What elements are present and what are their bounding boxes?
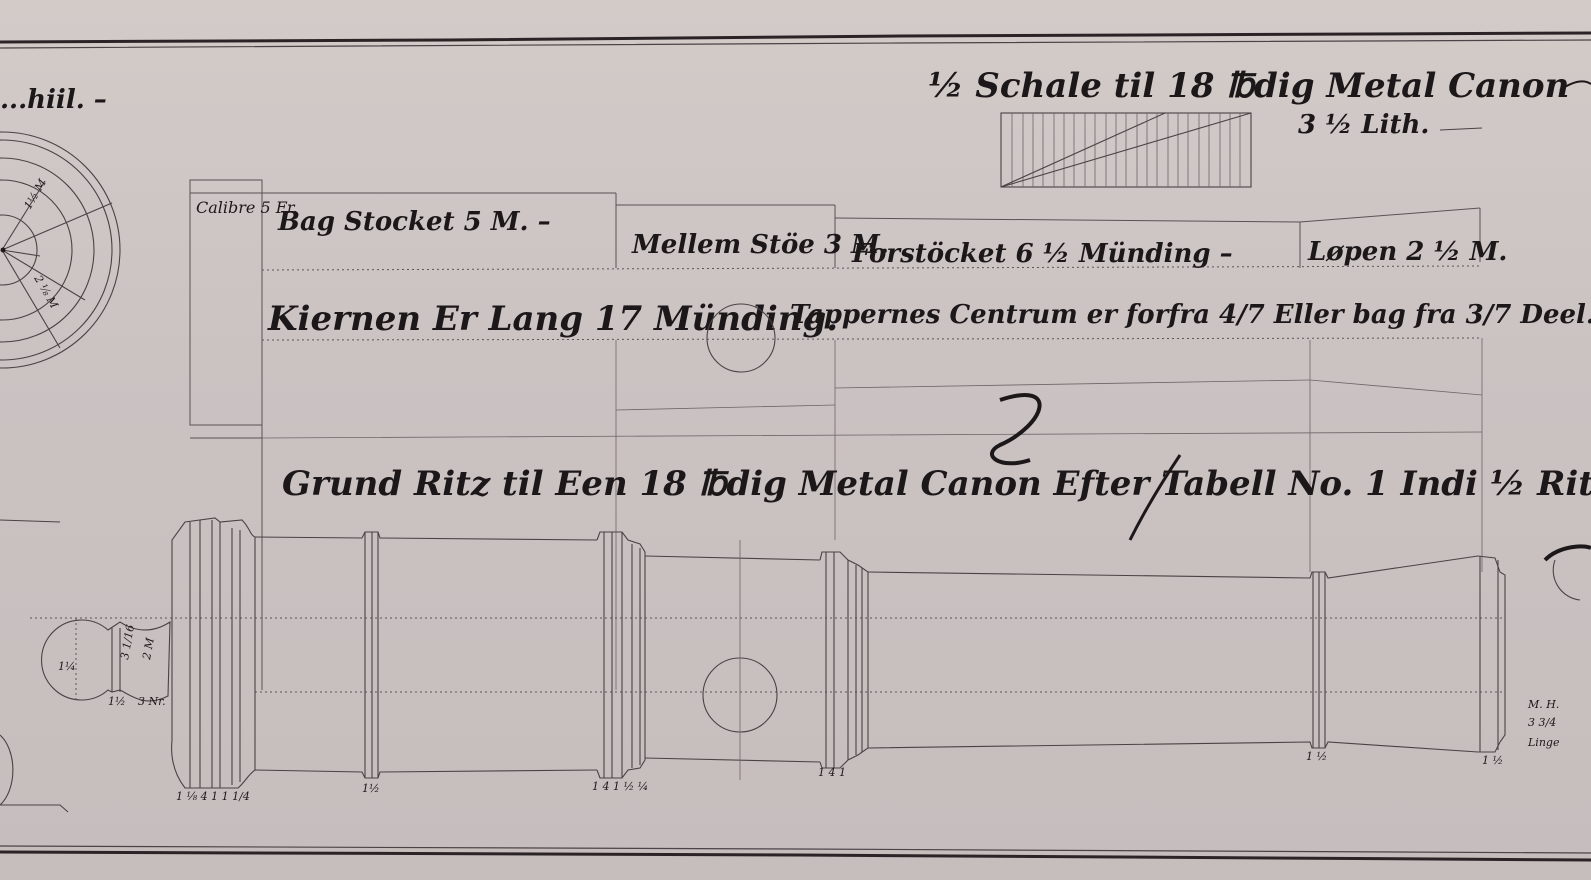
lopen-label: Løpen 2 ½ M. (1307, 237, 1507, 267)
cascabel-label-2: 3 1/16 (118, 624, 137, 661)
right-fragment-line-3: Linge (1527, 736, 1560, 749)
chase-ring: 1 4 1 (818, 552, 868, 779)
base-ring: 1 ⅛ 4 1 1 1/4 (172, 518, 255, 803)
lower-left-base-line (0, 805, 68, 812)
cascabel-label-1: 1¼ (58, 660, 76, 673)
right-fragment: M. H. 3 3/4 Linge (1527, 82, 1591, 749)
second-reinforce-ring: 1 4 1 ½ ¼ (592, 532, 648, 793)
first-reinforce-ring-label: 1½ (362, 782, 380, 795)
cascabel-label-5: 3 Nr. (138, 695, 166, 708)
drawing-sheet: ...hiil. – 1½ M 2 ⅛ M ½ Schale til 18 ℔d… (0, 0, 1591, 880)
tapper-label: Tappernes Centrum er forfra 4/7 Eller ba… (790, 300, 1591, 330)
muzzle: 1 ½ (1478, 556, 1505, 767)
right-fragment-line-2: 3 3/4 (1528, 716, 1556, 729)
cannon-body: 1¼ 3 1/16 2 M 1½ 3 Nr. 1 ⅛ 4 1 1 1/4 1½ (30, 518, 1505, 803)
radial-label-1: 1½ M (21, 176, 49, 211)
astragal-label: 1 ½ (1306, 750, 1327, 763)
main-caption: Grund Ritz til Een 18 ℔dig Metal Canon E… (282, 464, 1591, 504)
scale-title: ½ Schale til 18 ℔dig Metal Canon (928, 66, 1569, 106)
cascabel-label-3: 2 M (140, 636, 157, 661)
chase-ring-label: 1 4 1 (818, 766, 846, 779)
cascabel: 1¼ 3 1/16 2 M 1½ 3 Nr. (42, 618, 170, 708)
forstock-label: Forstöcket 6 ½ Münding – (851, 239, 1233, 269)
base-ring-label: 1 ⅛ 4 1 1 1/4 (176, 790, 250, 803)
lower-left-arc (0, 735, 13, 805)
left-fragment-text: ...hiil. – (0, 85, 107, 115)
left-radial-diagram: ...hiil. – 1½ M 2 ⅛ M (0, 85, 120, 522)
dimension-table: Calibre 5 Fr. Bag Stocket 5 M. – Mellem … (190, 180, 1591, 690)
scale-subtitle: 3 ½ Lith. (1298, 110, 1429, 140)
radial-label-2: 2 ⅛ M (31, 272, 61, 311)
cascabel-label-4: 1½ (108, 695, 126, 708)
cannon-drawing: ...hiil. – 1½ M 2 ⅛ M ½ Schale til 18 ℔d… (0, 0, 1591, 880)
scale-ruler-ticks (1001, 113, 1251, 187)
bag-stock-label: Bag Stocket 5 M. – (277, 207, 551, 237)
scale-block: ½ Schale til 18 ℔dig Metal Canon 3 ½ Lit… (928, 66, 1569, 187)
right-fragment-line-1: M. H. (1527, 698, 1559, 711)
mellem-label: Mellem Stöe 3 M. (631, 230, 889, 260)
kernen-label: Kiernen Er Lang 17 Münding. (267, 299, 838, 339)
frame-border (0, 33, 1591, 860)
second-reinforce-label: 1 4 1 ½ ¼ (592, 780, 648, 793)
muzzle-label: 1 ½ (1482, 754, 1503, 767)
